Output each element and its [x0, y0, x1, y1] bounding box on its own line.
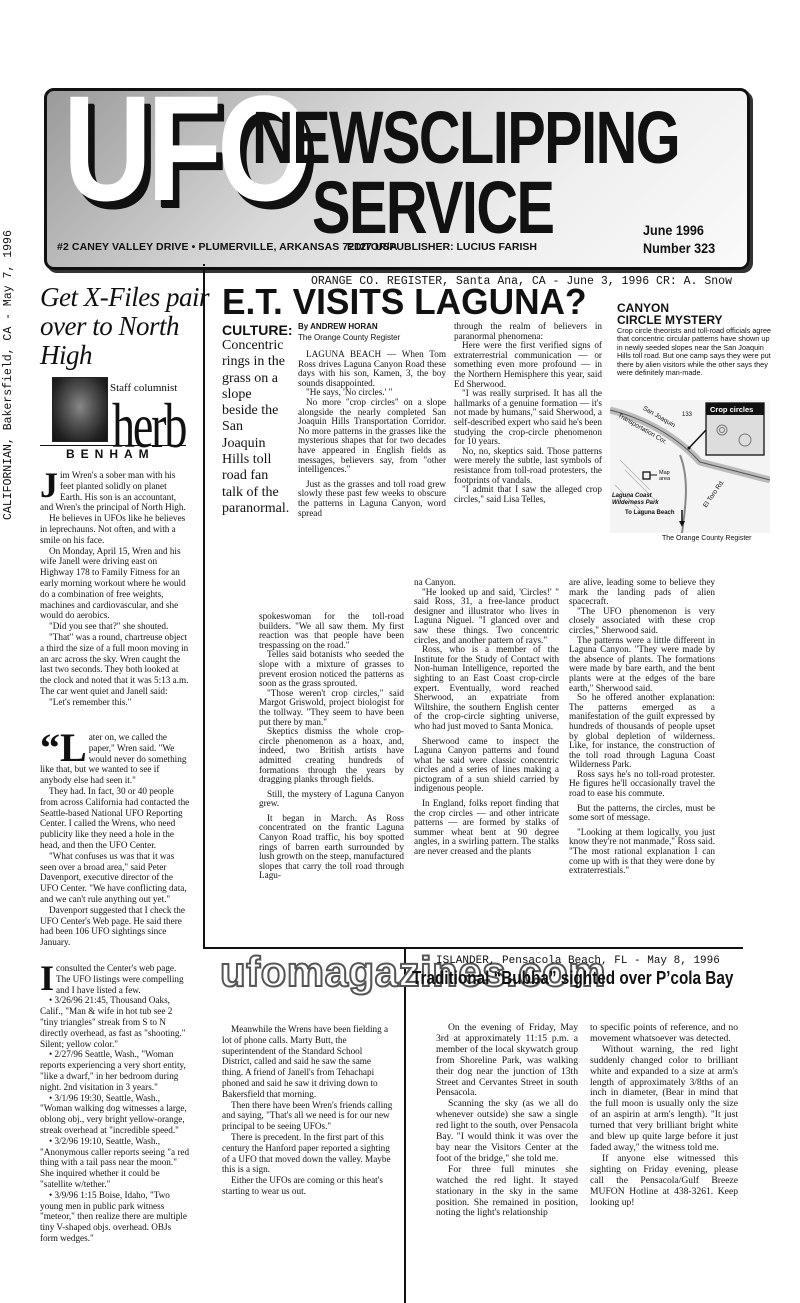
route-label: 133 [682, 412, 692, 418]
main-article-col4: na Canyon. "He looked up and said, 'Circ… [414, 578, 559, 857]
paragraph: He believes in UFOs like he believes in … [40, 513, 190, 545]
paragraph: Telles said botanists who seeded the slo… [259, 650, 404, 688]
map-title-line2: CIRCLE MYSTERY [617, 314, 723, 326]
columnist-rule [40, 445, 186, 446]
paragraph: On the evening of Friday, May 3rd at app… [436, 1023, 578, 1099]
main-article-col3: spokeswoman for the toll-road builders. … [259, 612, 404, 881]
paragraph: LAGUNA BEACH — When Tom Ross drives Lagu… [298, 350, 446, 388]
deck-label: CULTURE: [222, 322, 293, 338]
listing-item: • 3/1/96 19:30, Seattle, Wash., "Woman w… [40, 1093, 190, 1136]
paragraph: It began in March. As Ross concentrated … [259, 814, 404, 881]
paragraph: No, no, skeptics said. Those patterns we… [454, 447, 602, 485]
left-article-listings: I consulted the Center's web page. The U… [40, 963, 190, 1244]
byline-org: The Orange County Register [298, 333, 400, 342]
paragraph: spokeswoman for the toll-road builders. … [259, 612, 404, 650]
paragraph: Here were the first verified signs of ex… [454, 341, 602, 389]
park-label: Laguna Coast Wilderness Park [612, 493, 682, 506]
map-area-label: Map area [659, 470, 681, 482]
listing-item: • 3/9/96 1:15 Boise, Idaho, "Two young m… [40, 1190, 190, 1244]
paragraph: For three full minutes she watched the r… [436, 1165, 578, 1220]
paragraph: are alive, leading some to believe they … [569, 578, 715, 607]
paragraph: "I was really surprised. It has all the … [454, 389, 602, 447]
main-article-col5: are alive, leading some to believe they … [569, 578, 715, 876]
bottom-article-source: ISLANDER, Pensacola Beach, FL - May 8, 1… [436, 955, 720, 967]
bottom-article-col2: to specific points of reference, and no … [590, 1023, 738, 1208]
paragraph: No more "crop circles" on a slope alongs… [298, 398, 446, 475]
listing-item: • 2/27/96 Seattle, Wash., "Woman reports… [40, 1049, 190, 1092]
paragraph: So he offered another explanation: The p… [569, 693, 715, 770]
masthead-editor: EDITOR/PUBLISHER: LUCIUS FARISH [347, 241, 537, 253]
paragraph: Meanwhile the Wrens have been fielding a… [222, 1024, 394, 1100]
bottom-article-headline: Traditional “Bubba” sighted over P’cola … [412, 968, 733, 989]
masthead: UFO NEWSCLIPPING SERVICE #2 CANEY VALLEY… [44, 88, 750, 270]
main-article-headline: E.T. VISITS LAGUNA? [222, 284, 587, 320]
paragraph: There is precedent. In the first part of… [222, 1132, 394, 1175]
paragraph: Scanning the sky (as we all do whenever … [436, 1099, 578, 1164]
paragraph: "Did you see that?" she shouted. [40, 621, 190, 632]
paragraph: "I admit that I saw the alleged crop cir… [454, 485, 602, 504]
map-box-title: CANYON CIRCLE MYSTERY [617, 302, 723, 326]
paragraph: Then there have been Wren's friends call… [222, 1100, 394, 1132]
dropcap: J [40, 470, 58, 500]
listing-item: • 3/26/96 21:45, Thousand Oaks, Calif., … [40, 995, 190, 1049]
dropcap: I [40, 963, 54, 993]
masthead-title-line2: SERVICE [312, 171, 553, 245]
paragraph: through the realm of believers in parano… [454, 322, 602, 341]
main-article-col2: through the realm of believers in parano… [454, 322, 602, 504]
left-article-pullquote: “L ater on, we called the paper," Wren s… [40, 732, 190, 948]
map-box-description: Crop circle theorists and toll-road offi… [617, 327, 777, 377]
crop-circle-map: Crop circles San Joaquin Transportation … [610, 400, 770, 533]
paragraph: In England, folks report finding that th… [414, 799, 559, 857]
left-article-headline: Get X-Files pair over to North High [40, 283, 210, 370]
paragraph: "That" was a round, chartreuse object a … [40, 632, 190, 697]
issue-number: Number 323 [643, 239, 715, 257]
columnist-photo [52, 377, 108, 442]
masthead-title-line1: NEWSCLIPPING [252, 101, 679, 175]
column-divider-bottom [404, 947, 406, 1303]
paragraph: "Let's remember this." [40, 697, 190, 708]
paragraph: They had. In fact, 30 or 40 people from … [40, 786, 190, 851]
crop-circles-label: Crop circles [710, 405, 753, 414]
paragraph: "Looking at them logically, you just kno… [569, 828, 715, 876]
divider-connector [203, 264, 205, 266]
paragraph: But the patterns, the circles, must be s… [569, 804, 715, 823]
columnist-last-name: BENHAM [66, 447, 155, 461]
listing-item: • 3/2/96 19:10, Seattle, Wash., "Anonymo… [40, 1136, 190, 1190]
paragraph: The patterns were a little different in … [569, 636, 715, 694]
left-article-body-1: J im Wren's a sober man with his feet pl… [40, 470, 190, 708]
left-article-source: CALIFORNIAN, Bakersfield, CA - May 7, 19… [2, 280, 15, 520]
byline: By ANDREW HORAN [298, 322, 378, 331]
to-laguna-beach-label: To Laguna Beach [625, 510, 675, 517]
main-article-col1: LAGUNA BEACH — When Tom Ross drives Lagu… [298, 350, 446, 518]
paragraph: Davenport suggested that I check the UFO… [40, 905, 190, 948]
paragraph: "Those weren't crop circles," said Margo… [259, 689, 404, 727]
paragraph: "He looked up and said, 'Circles!' " sai… [414, 588, 559, 646]
map-credit: The Orange County Register [662, 535, 752, 542]
paragraph: "What confuses us was that it was seen o… [40, 851, 190, 905]
column-divider-left [203, 268, 205, 948]
pull-dropcap: “L [40, 732, 87, 764]
left-article-continued: Meanwhile the Wrens have been fielding a… [222, 1024, 394, 1197]
paragraph: If anyone else witnessed this sighting o… [590, 1154, 738, 1209]
paragraph: Still, the mystery of Laguna Canyon grew… [259, 790, 404, 809]
issue-info: June 1996 Number 323 [643, 221, 715, 257]
paragraph: Ross says he's no toll-road protester. H… [569, 770, 715, 799]
deck-text: Concentric rings in the grass on a slope… [222, 338, 288, 517]
paragraph: Either the UFOs are coming or this heat'… [222, 1175, 394, 1197]
intro-text: im Wren's a sober man with his feet plan… [40, 470, 186, 512]
paragraph: to specific points of reference, and no … [590, 1023, 738, 1045]
paragraph: Sherwood came to inspect the Laguna Cany… [414, 737, 559, 795]
issue-date: June 1996 [643, 221, 715, 239]
bottom-article-col1: On the evening of Friday, May 3rd at app… [436, 1023, 578, 1219]
paragraph: On Monday, April 15, Wren and his wife J… [40, 546, 190, 622]
paragraph: Just as the grasses and toll road grew s… [298, 480, 446, 518]
paragraph: "The UFO phenomenon is very closely asso… [569, 607, 715, 636]
web-intro: consulted the Center's web page. The UFO… [56, 963, 184, 995]
paragraph: Ross, who is a member of the Institute f… [414, 645, 559, 731]
paragraph: Skeptics dismiss the whole crop-circle p… [259, 727, 404, 785]
paragraph: Without warning, the red light suddenly … [590, 1045, 738, 1154]
